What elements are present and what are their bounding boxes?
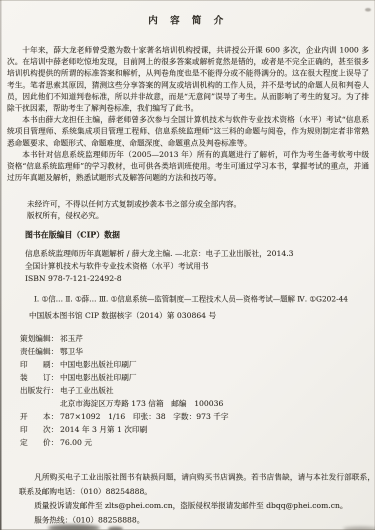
publication-value: 中国电影出版社印刷厂 bbox=[60, 358, 136, 371]
publication-info: 策划编辑： 祁玉芹 责任编辑： 鄂卫华 印 刷： 中国电影出版社印刷厂 装 订：… bbox=[20, 332, 369, 449]
publication-value: 中国电影出版社印刷厂 bbox=[60, 371, 136, 384]
scan-artifact-bottom-smudge bbox=[48, 525, 100, 530]
intro-section: 十年来，薛大龙老师曾受邀为数十家著名培训机构授课，共讲授公开课 600 多次，企… bbox=[7, 45, 369, 184]
scan-artifact-left-edge bbox=[0, 0, 2, 530]
publication-value: 电子工业出版社 bbox=[60, 384, 114, 397]
publication-value: 北京市海淀区万寿路 173 信箱 邮编 100036 bbox=[60, 397, 223, 410]
publication-label: 印 刷： bbox=[20, 358, 60, 371]
copyright-notice-line: 未经许可，不得以任何方式复制或抄袭本书之部分或全部内容。 bbox=[27, 199, 369, 211]
intro-paragraph: 本书针对信息系统监理师历年（2005—2013 年）所有的真题进行了解析，可作为… bbox=[7, 149, 369, 184]
cip-classification: Ⅰ. ①信… Ⅱ. ①薛… Ⅲ. ①信息系统—监管制度—工程技术人员—资格考试—… bbox=[34, 294, 369, 305]
cip-heading: 图书在版编目（CIP）数据 bbox=[25, 230, 369, 241]
page-content: 内 容 简 介 十年来，薛大龙老师曾受邀为数十家著名培训机构授课，共讲授公开课 … bbox=[7, 0, 369, 527]
publication-info-row: 印 刷： 中国电影出版社印刷厂 bbox=[20, 358, 369, 371]
cip-line: 全国计算机技术与软件专业技术资格（水平）考试用书 bbox=[25, 260, 369, 273]
publication-label bbox=[20, 397, 60, 410]
publication-value: 76.00 元 bbox=[60, 436, 92, 449]
publication-info-row: 责任编辑： 鄂卫华 bbox=[20, 345, 369, 358]
publication-value: 鄂卫华 bbox=[60, 345, 83, 358]
publication-info-row: 定 价： 76.00 元 bbox=[20, 436, 369, 449]
publication-info-row: 出版发行： 电子工业出版社 bbox=[20, 384, 369, 397]
purchase-note: 质量投诉请发邮件至 zlts@phei.com.cn，盗版侵权举报请发邮件至 d… bbox=[19, 499, 375, 513]
copyright-notice-line: 版权所有，侵权必究。 bbox=[27, 210, 369, 222]
publication-label: 定 价： bbox=[20, 436, 60, 449]
cip-registration: 中国版本图书馆 CIP 数据核字（2014）第 030864 号 bbox=[29, 310, 369, 321]
publication-label: 出版发行： bbox=[20, 384, 60, 397]
scanned-book-page: 内 容 简 介 十年来，薛大龙老师曾受邀为数十家著名培训机构授课，共讲授公开课 … bbox=[0, 0, 375, 530]
intro-paragraph: 本书由薛大龙担任主编，薛老师曾多次参与全国计算机技术与软件专业技术资格（水平）考… bbox=[7, 114, 369, 149]
publication-value: 祁玉芹 bbox=[60, 332, 83, 345]
publication-label: 开 本： bbox=[20, 410, 60, 423]
publication-info-row: 装 订： 中国电影出版社印刷厂 bbox=[20, 371, 369, 384]
publication-label: 印 次： bbox=[20, 423, 60, 436]
scan-scale-wrapper: 内 容 简 介 十年来，薛大龙老师曾受邀为数十家著名培训机构授课，共讲授公开课 … bbox=[0, 0, 188, 530]
scan-artifact-bottom-right-smudge bbox=[343, 527, 375, 530]
publication-label: 装 订： bbox=[20, 371, 60, 384]
page-title: 内 容 简 介 bbox=[7, 13, 369, 27]
purchase-notes: 凡所购买电子工业出版社图书有缺损问题，请向购买书店调换。若书店售缺，请与本社发行… bbox=[19, 470, 375, 527]
cip-line: ISBN 978-7-121-22492-8 bbox=[25, 273, 369, 286]
publication-value: 787×1092 1/16 印张：38 字数：973 千字 bbox=[60, 410, 229, 423]
publication-info-row: 开 本： 787×1092 1/16 印张：38 字数：973 千字 bbox=[20, 410, 369, 423]
purchase-note: 凡所购买电子工业出版社图书有缺损问题，请向购买书店调换。若书店售缺，请与本社发行… bbox=[19, 470, 375, 499]
publication-value: 2014 年 3 月第 1 次印刷 bbox=[60, 423, 147, 436]
publication-info-row: 北京市海淀区万寿路 173 信箱 邮编 100036 bbox=[20, 397, 369, 410]
publication-label: 责任编辑： bbox=[20, 345, 60, 358]
publication-info-row: 印 次： 2014 年 3 月第 1 次印刷 bbox=[20, 423, 369, 436]
scan-artifact-bottom-smudge bbox=[108, 527, 123, 530]
cip-line: 信息系统监理师历年真题解析 / 薛大龙主编. —北京：电子工业出版社，2014.… bbox=[25, 248, 369, 261]
copyright-notice: 未经许可，不得以任何方式复制或抄袭本书之部分或全部内容。 版权所有，侵权必究。 bbox=[27, 199, 369, 222]
publication-label: 策划编辑： bbox=[20, 332, 60, 345]
intro-paragraph: 十年来，薛大龙老师曾受邀为数十家著名培训机构授课，共讲授公开课 600 多次，企… bbox=[7, 45, 369, 115]
cip-description: 信息系统监理师历年真题解析 / 薛大龙主编. —北京：电子工业出版社，2014.… bbox=[25, 248, 369, 286]
publication-info-row: 策划编辑： 祁玉芹 bbox=[20, 332, 369, 345]
